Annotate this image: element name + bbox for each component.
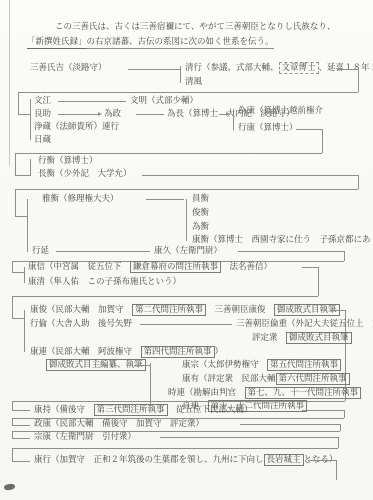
intro-line-2: 「新撰姓氏録」の右京諸蕃、古伝の系図に次の如く世系を伝う。 (27, 37, 274, 48)
connector-line (12, 448, 13, 461)
connector-line (322, 129, 323, 153)
connector-line (12, 401, 13, 410)
person-yasuari-text: 康有（評定衆 民部大輔 (182, 374, 276, 384)
scanner-edge-line (9, 0, 10, 166)
person-yasuhira: 康衡（算博士 西園寺家に仕う 子孫京都にあり） (192, 235, 373, 246)
connector-line (344, 251, 345, 261)
connector-line (12, 296, 318, 297)
person-tomoshige-rank: 評定衆 (252, 333, 286, 343)
connector-line (142, 175, 358, 176)
person-kiyoyuki-text: 清行（参議、式部大輔、 (185, 63, 279, 73)
connector-line (12, 438, 30, 439)
person-yasuyuki-text: 康行（加賀守 正和２年筑後の生葉郡を領し、九州に下向し (34, 455, 264, 465)
connector-line (12, 461, 30, 462)
sibling-bracket (233, 109, 234, 130)
connector-line (18, 92, 358, 93)
title-monjo-hakase: 文章博士 (279, 62, 319, 74)
connector-line (358, 69, 359, 92)
person-fumie: 文江 (34, 96, 51, 107)
connector-line (146, 199, 184, 200)
connector-line (318, 267, 319, 296)
connector-line (12, 261, 13, 272)
ink-smudge (4, 483, 16, 490)
person-yasumochi: 康持（備後守 第三代問注所執事 従五位下民部大輔） (34, 405, 253, 416)
arrow-head (226, 112, 230, 116)
person-yasukiyo: 康清（隼人佑 この子孫布施氏という） (28, 277, 181, 288)
sibling-bracket (186, 199, 187, 241)
connector-line (344, 410, 345, 418)
connector-line (12, 401, 345, 402)
connector-line (18, 114, 30, 115)
title-nagaiwa-castle-lord: 長岩城主 (264, 454, 304, 466)
person-tamemasa: 為政 (104, 109, 121, 120)
sibling-bracket (180, 66, 181, 83)
person-tokitsura-text: 時連（勘解由判官 (168, 388, 245, 398)
connector-line (338, 437, 339, 448)
person-ryosuke: 良助 (34, 109, 51, 120)
person-yasutsura-text: 康連（民部大輔 阿波権守 (30, 347, 141, 357)
person-yasunobu-text: 康信（中宮属 従五位下 (28, 262, 130, 272)
connector-line (296, 129, 322, 130)
connector-line (15, 189, 16, 216)
title-shikimoku-writer: 御成敗式目執筆 (286, 332, 352, 344)
person-yasutoshi-text: 康俊（民部大輔 加賀守 (30, 305, 132, 315)
person-yukinobu: 行延 (32, 246, 49, 257)
intro-line-2-rest: の右京諸蕃、古伝の系図に次の如く世系を伝う。 (87, 37, 274, 49)
person-masayasu: 政康（民部大輔 備後守 加賀守 評定衆） (34, 419, 204, 430)
person-yasutsura-close: ） (215, 347, 224, 357)
person-tomoshige: 三善朝臣倫重（外記大夫従五位上 対馬守 (236, 319, 373, 330)
connector-line (12, 296, 13, 318)
person-seifu: 清風 (185, 77, 202, 88)
person-yasumochi-text: 康持（備後守 (34, 405, 94, 415)
connector-line (15, 153, 16, 175)
connector-line (136, 114, 164, 115)
arrow-head (98, 112, 102, 116)
person-kiyoyuki-date: 、延喜１８年１２月歿 (319, 63, 373, 73)
title-shikimoku-editor: 御成敗式目主編纂、執筆 (46, 359, 146, 371)
title-3rd-shitsuji: 第三代問注所執事 (94, 404, 168, 416)
person-yukihira: 行衡（算博士） (38, 156, 98, 167)
person-yasutoshi-name2: 三善朝臣康俊 (206, 305, 274, 315)
connector-line (238, 251, 344, 252)
person-tokitsura: 時連（勘解由判官 第七、九、十一代問注所執事 (168, 388, 361, 399)
connector-line (58, 101, 126, 102)
person-fumiaki: 文明（式部少輔） (130, 96, 198, 107)
person-muneyasu: 宗康（左衛門尉 引付衆） (34, 432, 136, 443)
person-yasutsura: 康連（民部大輔 阿波権守 第四代問注所執事） (30, 347, 223, 358)
connector-line (18, 92, 19, 114)
connector-line (58, 114, 98, 115)
person-tamehira: 為衡 (192, 222, 209, 233)
connector-line (134, 365, 150, 366)
title-6th-shitsuji: 第六代問注所執事 (276, 373, 350, 385)
title-monchujo-shitsuji: 鎌倉幕府の問注所執事 (130, 261, 221, 273)
connector-line (56, 251, 150, 252)
connector-line (15, 153, 322, 154)
title-2nd-shitsuji: 第二代問注所執事 (132, 304, 206, 316)
person-nagahira: 長衡（少外記 大学允） (38, 169, 132, 180)
person-yukiyasu: 行康（算博士） (238, 123, 298, 134)
sibling-bracket (30, 99, 31, 140)
connector-line (15, 216, 27, 217)
person-yasuyuki: 康行（加賀守 正和２年筑後の生葉郡を領し、九州に下向し長岩城主となる） (34, 455, 338, 466)
connector-line (240, 424, 340, 425)
connector-line (340, 424, 341, 431)
connector-line (160, 437, 338, 438)
person-nichizo: 日蔵 (34, 135, 51, 146)
intro-quoted-source: 「新撰姓氏録」 (27, 37, 87, 49)
connector-line (308, 460, 336, 461)
title-4th-shitsuji: 第四代問注所執事 (141, 346, 215, 358)
person-kazuhira: 員衡 (192, 194, 209, 205)
connector-line (15, 175, 30, 176)
connector-line (12, 431, 13, 438)
connector-line (338, 69, 358, 70)
person-tameyasu: 為康（算博士越前権介 (238, 106, 323, 117)
connector-line (15, 189, 358, 190)
connector-line (358, 175, 359, 189)
scanned-genealogy-page: この三善氏は、古くは三善宿禰にて、やがて三善朝臣となりし氏族なり、 「新撰姓氏録… (0, 0, 373, 500)
person-ujiyoshi: 三善氏吉（淡路守） (30, 63, 107, 74)
person-yasunobu: 康信（中宮属 従五位下 鎌倉幕府の問注所執事 法名善信） (28, 262, 272, 273)
person-yasunobu-note: 法名善信） (221, 262, 272, 272)
connector-line (336, 460, 337, 480)
sibling-bracket (150, 363, 151, 406)
person-yasuhisa: 康久（左衛門尉） (154, 246, 222, 257)
connector-line (302, 410, 344, 411)
person-yasutoshi: 康俊（民部大輔 加賀守 第二代問注所執事 三善朝臣康俊 御成敗式目執筆 (30, 305, 340, 316)
person-tomoshige-line2: 評定衆 御成敗式目執筆 (252, 333, 352, 344)
person-yasuari: 康有（評定衆 民部大輔第六代問注所執事 (182, 374, 350, 385)
person-yasumochi-rank: 従五位下民部大輔） (168, 405, 253, 415)
person-yukitomo: 行倫（大舎人助 後号矢野 (30, 319, 132, 330)
connector-line (12, 425, 30, 426)
connector-line (330, 310, 345, 311)
sibling-bracket (30, 159, 31, 176)
intro-line-1: この三善氏は、古くは三善宿禰にて、やがて三善朝臣となりし氏族なり、 (55, 22, 335, 33)
person-yasumune: 康宗（太郎伊勢権守 第五代問注所執事 (182, 360, 341, 371)
connector-line (128, 69, 180, 70)
person-masahira: 雅衡（修理権大夫） (42, 194, 119, 205)
connector-line (12, 448, 338, 449)
person-yasumune-text: 康宗（太郎伊勢権守 (182, 360, 267, 370)
connector-line (219, 114, 226, 115)
annotation-shikimoku-editor: 御成敗式目主編纂、執筆 (46, 360, 146, 371)
person-jozo: 浄蔵（法師貴所）連行 (34, 122, 119, 133)
sibling-bracket (27, 199, 28, 252)
connector-line (140, 324, 232, 325)
sibling-bracket (24, 267, 25, 283)
connector-line (12, 410, 30, 411)
title-7-9-11th-shitsuji: 第七、九、十一代問注所執事 (245, 387, 362, 399)
title-5th-shitsuji: 第五代問注所執事 (267, 359, 341, 371)
connector-line (302, 267, 318, 268)
connector-line (12, 318, 24, 319)
person-toshihira: 俊衡 (192, 208, 209, 219)
sibling-bracket (24, 310, 25, 352)
connector-line (12, 272, 24, 273)
connector-line (12, 418, 13, 425)
